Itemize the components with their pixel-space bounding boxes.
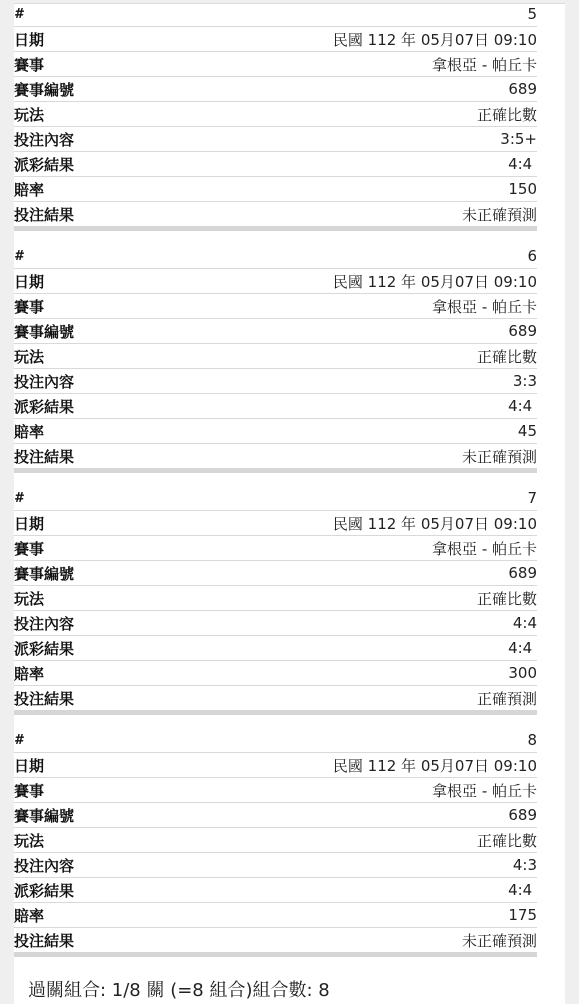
row-date: 日期 民國 112 年 05月07日 09:10	[14, 753, 537, 778]
odds-value: 45	[518, 422, 537, 440]
bet-result-label: 投注結果	[14, 204, 74, 225]
match-value: 拿根亞 - 帕丘卡	[432, 780, 537, 801]
payout-result-value: 4:4	[508, 155, 537, 173]
row-bet-content: 投注內容 4:3	[14, 853, 537, 878]
row-bet-result: 投注結果 未正確預測	[14, 202, 537, 231]
bet-result-label: 投注結果	[14, 930, 74, 951]
play-type-value: 正確比數	[477, 830, 537, 851]
bet-content-value: 4:3	[513, 856, 537, 874]
row-date: 日期 民國 112 年 05月07日 09:10	[14, 27, 537, 52]
row-date: 日期 民國 112 年 05月07日 09:10	[14, 269, 537, 294]
date-value: 民國 112 年 05月07日 09:10	[333, 271, 537, 292]
row-match: 賽事 拿根亞 - 帕丘卡	[14, 52, 537, 77]
match-value: 拿根亞 - 帕丘卡	[432, 296, 537, 317]
play-type-value: 正確比數	[477, 588, 537, 609]
payout-result-label: 派彩結果	[14, 154, 74, 175]
bet-content-label: 投注內容	[14, 613, 74, 634]
row-bet-result: 投注結果 正確預測	[14, 686, 537, 715]
row-odds: 賠率 175	[14, 903, 537, 928]
index-value: 8	[527, 731, 537, 749]
odds-value: 175	[508, 906, 537, 924]
row-bet-content: 投注內容 3:3	[14, 369, 537, 394]
payout-result-label: 派彩結果	[14, 638, 74, 659]
row-match: 賽事 拿根亞 - 帕丘卡	[14, 536, 537, 561]
match-no-value: 689	[508, 806, 537, 824]
index-label: #	[14, 491, 23, 506]
match-no-label: 賽事編號	[14, 79, 74, 100]
bet-record: # 5 日期 民國 112 年 05月07日 09:10 賽事 拿根亞 - 帕丘…	[14, 2, 537, 244]
date-label: 日期	[14, 513, 44, 534]
row-bet-result: 投注結果 未正確預測	[14, 444, 537, 473]
date-label: 日期	[14, 29, 44, 50]
bet-content-value: 4:4	[513, 614, 537, 632]
play-type-value: 正確比數	[477, 346, 537, 367]
match-no-value: 689	[508, 80, 537, 98]
row-payout-result: 派彩結果 4:4	[14, 394, 537, 419]
index-value: 7	[527, 489, 537, 507]
odds-label: 賠率	[14, 905, 44, 926]
bet-result-value: 正確預測	[477, 688, 537, 709]
date-label: 日期	[14, 755, 44, 776]
play-type-label: 玩法	[14, 830, 44, 851]
index-label: #	[14, 7, 23, 22]
date-value: 民國 112 年 05月07日 09:10	[333, 29, 537, 50]
odds-value: 300	[508, 664, 537, 682]
row-date: 日期 民國 112 年 05月07日 09:10	[14, 511, 537, 536]
row-match-no: 賽事編號 689	[14, 561, 537, 586]
odds-label: 賠率	[14, 421, 44, 442]
row-match-no: 賽事編號 689	[14, 319, 537, 344]
bet-result-label: 投注結果	[14, 688, 74, 709]
payout-result-value: 4:4	[508, 397, 537, 415]
match-value: 拿根亞 - 帕丘卡	[432, 54, 537, 75]
row-match: 賽事 拿根亞 - 帕丘卡	[14, 778, 537, 803]
bet-result-value: 未正確預測	[462, 446, 537, 467]
play-type-label: 玩法	[14, 346, 44, 367]
row-bet-content: 投注內容 4:4	[14, 611, 537, 636]
row-play-type: 玩法 正確比數	[14, 828, 537, 853]
bet-result-value: 未正確預測	[462, 930, 537, 951]
index-value: 6	[527, 247, 537, 265]
payout-result-value: 4:4	[508, 881, 537, 899]
date-label: 日期	[14, 271, 44, 292]
bet-content-label: 投注內容	[14, 371, 74, 392]
index-label: #	[14, 733, 23, 748]
row-odds: 賠率 45	[14, 419, 537, 444]
row-odds: 賠率 150	[14, 177, 537, 202]
row-odds: 賠率 300	[14, 661, 537, 686]
row-play-type: 玩法 正確比數	[14, 344, 537, 369]
match-label: 賽事	[14, 54, 44, 75]
row-play-type: 玩法 正確比數	[14, 586, 537, 611]
row-bet-content: 投注內容 3:5+	[14, 127, 537, 152]
bet-result-label: 投注結果	[14, 446, 74, 467]
index-label: #	[14, 249, 23, 264]
row-payout-result: 派彩結果 4:4	[14, 152, 537, 177]
match-no-label: 賽事編號	[14, 321, 74, 342]
match-label: 賽事	[14, 780, 44, 801]
odds-label: 賠率	[14, 663, 44, 684]
row-match-no: 賽事編號 689	[14, 77, 537, 102]
bet-records-list: # 5 日期 民國 112 年 05月07日 09:10 賽事 拿根亞 - 帕丘…	[14, 2, 537, 970]
bet-result-value: 未正確預測	[462, 204, 537, 225]
match-no-label: 賽事編號	[14, 563, 74, 584]
row-index: # 8	[14, 728, 537, 753]
bet-content-value: 3:5+	[500, 130, 537, 148]
play-type-value: 正確比數	[477, 104, 537, 125]
match-label: 賽事	[14, 296, 44, 317]
match-label: 賽事	[14, 538, 44, 559]
row-match: 賽事 拿根亞 - 帕丘卡	[14, 294, 537, 319]
row-payout-result: 派彩結果 4:4	[14, 636, 537, 661]
odds-label: 賠率	[14, 179, 44, 200]
match-no-label: 賽事編號	[14, 805, 74, 826]
bet-content-label: 投注內容	[14, 129, 74, 150]
bet-content-label: 投注內容	[14, 855, 74, 876]
index-value: 5	[527, 5, 537, 23]
match-value: 拿根亞 - 帕丘卡	[432, 538, 537, 559]
date-value: 民國 112 年 05月07日 09:10	[333, 755, 537, 776]
row-index: # 5	[14, 2, 537, 27]
payout-result-label: 派彩結果	[14, 396, 74, 417]
date-value: 民國 112 年 05月07日 09:10	[333, 513, 537, 534]
match-no-value: 689	[508, 564, 537, 582]
bet-content-value: 3:3	[513, 372, 537, 390]
play-type-label: 玩法	[14, 104, 44, 125]
bet-record: # 8 日期 民國 112 年 05月07日 09:10 賽事 拿根亞 - 帕丘…	[14, 728, 537, 970]
match-no-value: 689	[508, 322, 537, 340]
row-bet-result: 投注結果 未正確預測	[14, 928, 537, 957]
row-index: # 6	[14, 244, 537, 269]
row-match-no: 賽事編號 689	[14, 803, 537, 828]
row-payout-result: 派彩結果 4:4	[14, 878, 537, 903]
bet-record: # 6 日期 民國 112 年 05月07日 09:10 賽事 拿根亞 - 帕丘…	[14, 244, 537, 486]
odds-value: 150	[508, 180, 537, 198]
payout-result-label: 派彩結果	[14, 880, 74, 901]
parlay-summary: 過關組合: 1/8 關 (=8 組合)組合數: 8	[28, 976, 330, 1000]
row-play-type: 玩法 正確比數	[14, 102, 537, 127]
payout-result-value: 4:4	[508, 639, 537, 657]
bet-record: # 7 日期 民國 112 年 05月07日 09:10 賽事 拿根亞 - 帕丘…	[14, 486, 537, 728]
play-type-label: 玩法	[14, 588, 44, 609]
row-index: # 7	[14, 486, 537, 511]
